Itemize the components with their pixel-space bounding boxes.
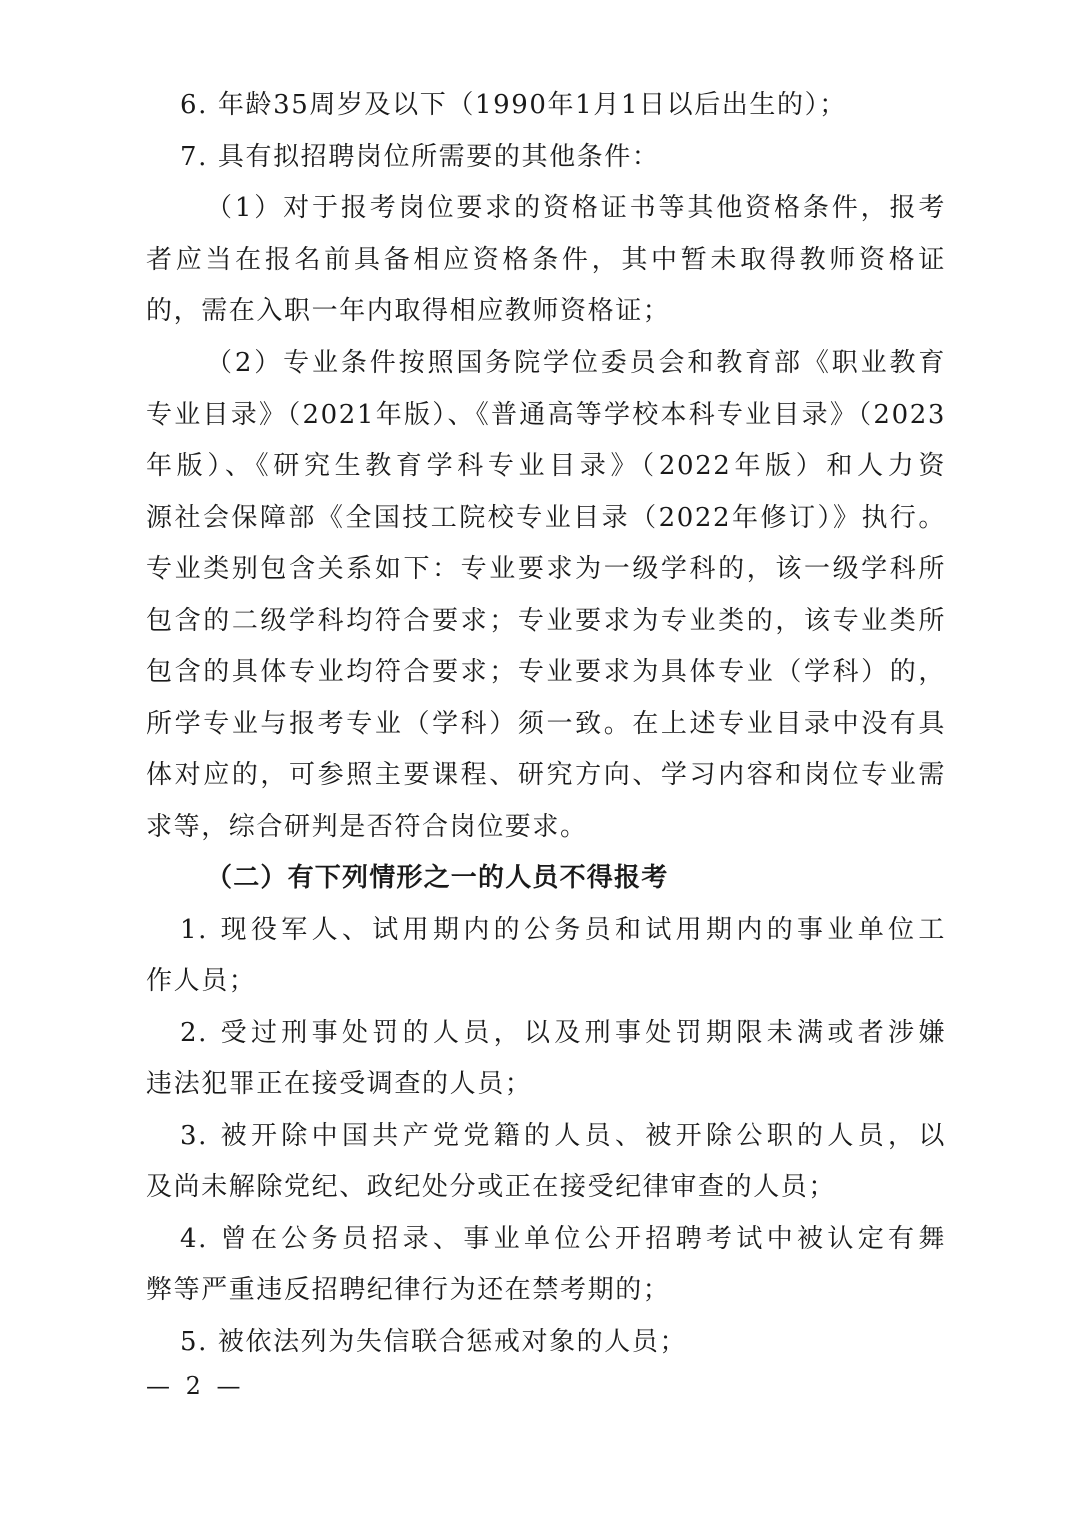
disq-item-3-line-1: 3. 被开除中国共产党党籍的人员、被开除公职的人员，以	[180, 1110, 946, 1162]
sub-item-2-line-7: 包含的具体专业均符合要求；专业要求为具体专业（学科）的，	[146, 646, 946, 698]
sub-item-2-line-2: 专业目录》（2021年版）、《普通高等学校本科专业目录》（2023	[146, 389, 946, 441]
section-heading-disqualifications: （二）有下列情形之一的人员不得报考	[206, 852, 946, 904]
sub-item-2-line-8: 所学专业与报考专业（学科）须一致。在上述专业目录中没有具	[146, 698, 946, 750]
sub-item-2-line-1: （2）专业条件按照国务院学位委员会和教育部《职业教育	[206, 337, 946, 389]
disq-item-5: 5. 被依法列为失信联合惩戒对象的人员；	[180, 1316, 946, 1368]
disq-item-2-line-1: 2. 受过刑事处罚的人员，以及刑事处罚期限未满或者涉嫌	[180, 1007, 946, 1059]
item-6-age: 6. 年龄35周岁及以下（1990年1月1日以后出生的）；	[180, 79, 946, 131]
sub-item-2-line-3: 年版）、《研究生教育学科专业目录》（2022年版）和人力资	[146, 440, 946, 492]
sub-item-2-line-9: 体对应的，可参照主要课程、研究方向、学习内容和岗位专业需	[146, 749, 946, 801]
page-number: — 2 —	[146, 1366, 245, 1406]
sub-item-1-line-3: 的，需在入职一年内取得相应教师资格证；	[146, 285, 946, 337]
disq-item-2-line-2: 违法犯罪正在接受调查的人员；	[146, 1058, 946, 1110]
document-page: 6. 年龄35周岁及以下（1990年1月1日以后出生的）； 7. 具有拟招聘岗位…	[0, 0, 1080, 1527]
item-7-other-conditions: 7. 具有拟招聘岗位所需要的其他条件：	[180, 131, 946, 183]
sub-item-2-line-5: 专业类别包含关系如下：专业要求为一级学科的，该一级学科所	[146, 543, 946, 595]
sub-item-1-line-2: 者应当在报名前具备相应资格条件，其中暂未取得教师资格证	[146, 234, 946, 286]
disq-item-1-line-2: 作人员；	[146, 955, 946, 1007]
sub-item-2-line-10: 求等，综合研判是否符合岗位要求。	[146, 801, 946, 853]
sub-item-2-line-4: 源社会保障部《全国技工院校专业目录（2022年修订）》执行。	[146, 492, 946, 544]
sub-item-1-line-1: （1）对于报考岗位要求的资格证书等其他资格条件，报考	[206, 182, 946, 234]
disq-item-1-line-1: 1. 现役军人、试用期内的公务员和试用期内的事业单位工	[180, 904, 946, 956]
disq-item-3-line-2: 及尚未解除党纪、政纪处分或正在接受纪律审查的人员；	[146, 1161, 946, 1213]
disq-item-4-line-1: 4. 曾在公务员招录、事业单位公开招聘考试中被认定有舞	[180, 1213, 946, 1265]
sub-item-2-line-6: 包含的二级学科均符合要求；专业要求为专业类的，该专业类所	[146, 595, 946, 647]
disq-item-4-line-2: 弊等严重违反招聘纪律行为还在禁考期的；	[146, 1264, 946, 1316]
